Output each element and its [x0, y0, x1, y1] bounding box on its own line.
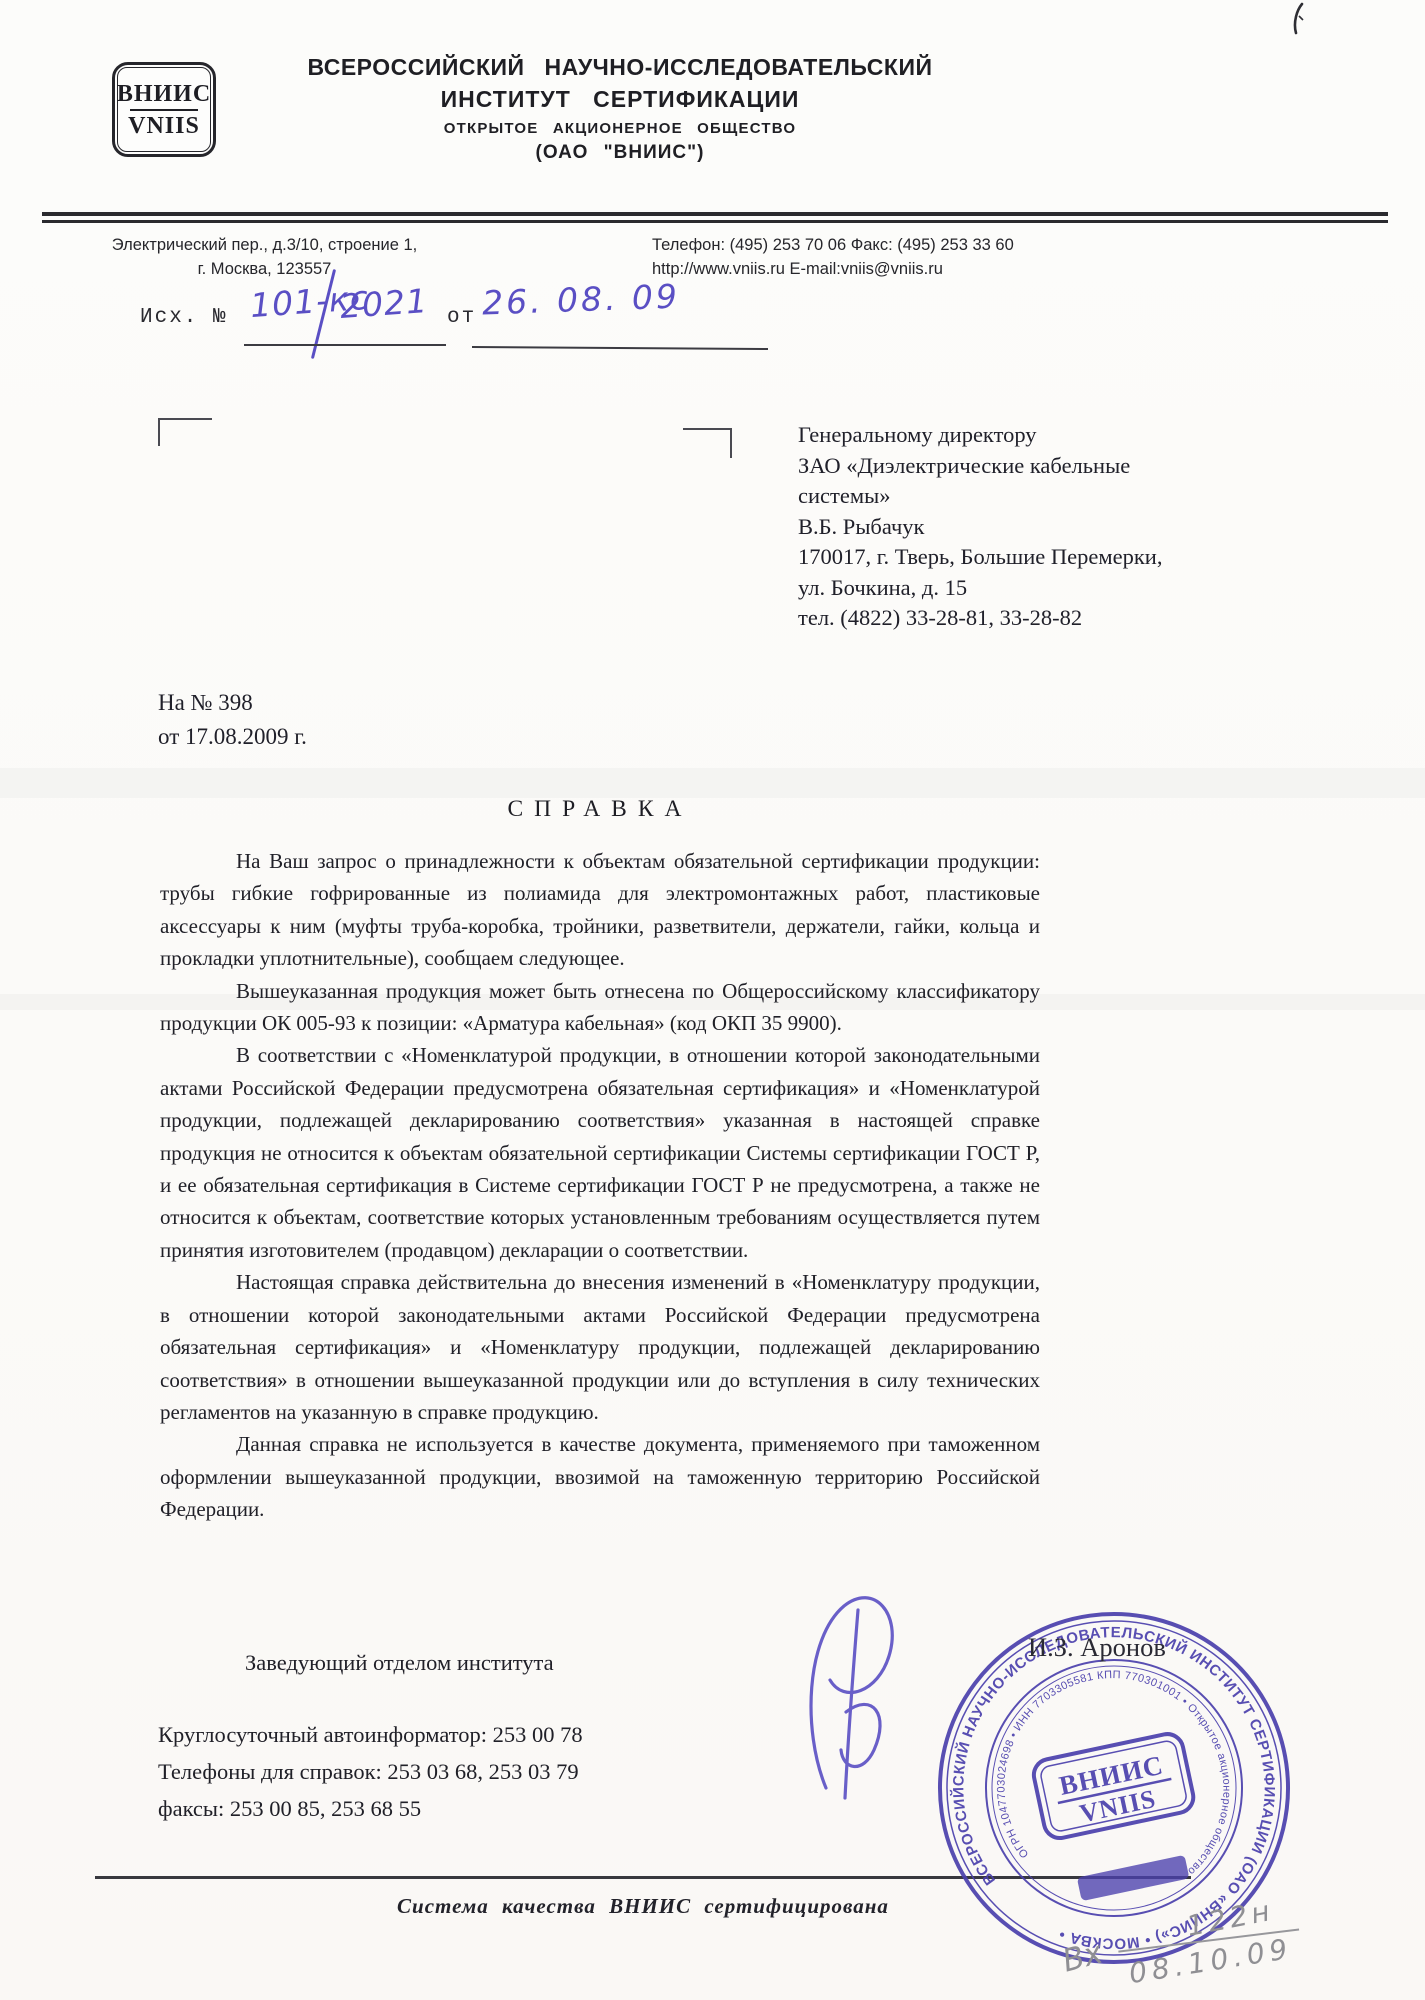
scanned-letter-page: { "header": { "logo_top": "ВНИИС", "logo…	[0, 0, 1425, 2000]
letterhead: ВСЕРОССИЙСКИЙ НАУЧНО-ИССЛЕДОВАТЕЛЬСКИЙ И…	[235, 54, 1005, 164]
signer-position: Заведующий отделом института	[245, 1650, 554, 1676]
recipient-line: ул. Бочкина, д. 15	[798, 573, 1218, 604]
outgoing-date-label: от	[447, 306, 476, 329]
recipient-line: ЗАО «Диэлектрические кабельные	[798, 451, 1218, 482]
org-address-line2: г. Москва, 123557	[92, 257, 437, 281]
org-short-name: (ОАО "ВНИИС")	[235, 142, 1005, 164]
received-prefix: Вх	[1059, 1934, 1107, 1979]
recipient-block: Генеральному директору ЗАО «Диэлектричес…	[798, 420, 1218, 634]
paragraph: Вышеуказанная продукция может быть отнес…	[160, 975, 1040, 1040]
header-divider	[42, 212, 1388, 223]
stamp-banner	[1077, 1855, 1190, 1901]
org-contacts: Телефон: (495) 253 70 06 Факс: (495) 253…	[652, 233, 1082, 281]
underline	[244, 344, 446, 346]
org-type: ОТКРЫТОЕ АКЦИОНЕРНОЕ ОБЩЕСТВО	[235, 120, 1005, 137]
org-name-line1: ВСЕРОССИЙСКИЙ НАУЧНО-ИССЛЕДОВАТЕЛЬСКИЙ	[235, 54, 1005, 81]
pen-mark-icon	[1290, 2, 1308, 36]
window-corner-mark-left	[158, 418, 212, 446]
org-phone-fax: Телефон: (495) 253 70 06 Факс: (495) 253…	[652, 233, 1082, 257]
recipient-line: тел. (4822) 33-28-81, 33-28-82	[798, 603, 1218, 634]
phone-line: Круглосуточный автоинформатор: 253 00 78	[158, 1716, 583, 1753]
paragraph: Данная справка не используется в качеств…	[160, 1428, 1040, 1525]
reference-date: от 17.08.2009 г.	[158, 720, 307, 754]
recipient-line: Генеральному директору	[798, 420, 1218, 451]
org-address-line1: Электрический пер., д.3/10, строение 1,	[92, 233, 437, 257]
phone-line: Телефоны для справок: 253 03 68, 253 03 …	[158, 1753, 583, 1790]
outgoing-year-handwritten: 2021	[339, 281, 429, 326]
recipient-line: 170017, г. Тверь, Большие Перемерки,	[798, 542, 1218, 573]
logo-divider	[130, 109, 198, 112]
outgoing-date-handwritten: 26. 08. 09	[481, 277, 680, 323]
org-address: Электрический пер., д.3/10, строение 1, …	[92, 233, 437, 281]
signature-scribble	[786, 1580, 916, 1820]
logo-text-en: VNIIS	[128, 114, 200, 138]
paragraph: Настоящая справка действительна до внесе…	[160, 1266, 1040, 1428]
scan-artifact-band	[0, 768, 1425, 798]
org-name-line2: ИНСТИТУТ СЕРТИФИКАЦИИ	[235, 86, 1005, 113]
info-phones: Круглосуточный автоинформатор: 253 00 78…	[158, 1716, 583, 1827]
org-web-email: http://www.vniis.ru E-mail:vniis@vniis.r…	[652, 257, 1082, 281]
signer-name: И.З. Аронов	[1028, 1632, 1166, 1663]
reference-block: На № 398 от 17.08.2009 г.	[158, 686, 307, 754]
paragraph: В соответствии с «Номенклатурой продукци…	[160, 1039, 1040, 1266]
window-corner-mark-right	[683, 428, 732, 458]
document-body: На Ваш запрос о принадлежности к объекта…	[160, 845, 1040, 1526]
reference-number: На № 398	[158, 686, 307, 720]
outgoing-number-label: Исх. №	[140, 306, 228, 329]
underline	[472, 346, 768, 350]
vniis-logo-inner: ВНИИС VNIIS	[117, 67, 211, 152]
recipient-line: В.Б. Рыбачук	[798, 512, 1218, 543]
vniis-logo: ВНИИС VNIIS	[112, 62, 216, 157]
logo-text-ru: ВНИИС	[117, 81, 211, 107]
phone-line: факсы: 253 00 85, 253 68 55	[158, 1790, 583, 1827]
paragraph: На Ваш запрос о принадлежности к объекта…	[160, 845, 1040, 975]
document-title: СПРАВКА	[160, 796, 1040, 823]
recipient-line: системы»	[798, 481, 1218, 512]
